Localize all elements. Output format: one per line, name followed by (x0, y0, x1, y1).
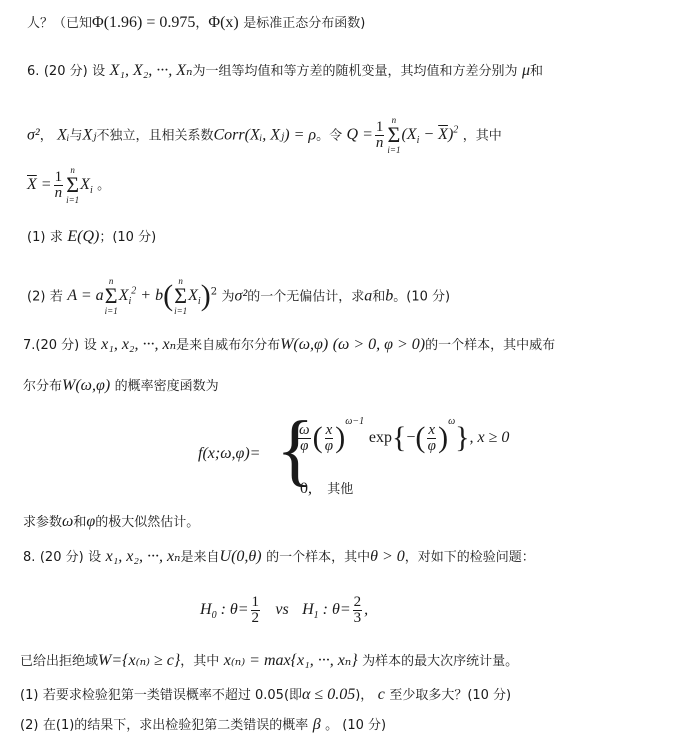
intro-prefix: 人？（已知 (27, 16, 92, 31)
weibull-pdf: f(x;ω,φ)= { ωφ(xφ)ω−1 exp{−(xφ)ω}, x ≥ 0… (198, 412, 498, 504)
q6-xbar-def: X =1nnΣi=1Xi 。 (27, 165, 110, 205)
q6-sub1: (1) 求 E(Q)；(10 分) (27, 228, 156, 247)
q6-points: (20 分) (44, 64, 88, 79)
q6-line2: σ²， Xᵢ与Xⱼ不独立，且相关系数Corr(Xᵢ, Xⱼ) = ρ。令 Q =… (27, 113, 502, 149)
q8-sub1: (1) 若要求检验犯第一类错误概率不超过 0.05(即α ≤ 0.05)， c … (20, 686, 511, 705)
q8-sub2: (2) 在(1)的结果下，求出检验犯第二类错误的概率 β 。 (10 分) (20, 716, 386, 735)
q7-number: 7. (23, 338, 35, 353)
rejection-region: 已给出拒绝域W={x₍ₙ₎ ≥ c}，其中 x₍ₙ₎ = max{x₁, ···… (20, 652, 518, 671)
intro-suffix: 是标准正态分布函数) (243, 16, 365, 31)
hypotheses: H0 : θ=12 vs H1 : θ=23, (200, 590, 368, 630)
q6-line1: 6. (20 分) 设 X₁, X₂, ···, Xₙ为一组等均值和等方差的随机… (27, 62, 543, 81)
q6-sub2: (2) 若 A = anΣi=1Xi2 + b(nΣi=1Xi)2 为σ²的一个… (27, 270, 450, 314)
q8-number: 8. (23, 550, 35, 565)
phi-x: Φ(x) (208, 14, 238, 31)
q6-number: 6. (27, 64, 39, 79)
Q-definition: Q =1nnΣi=1(Xi − X)2 (347, 127, 463, 143)
q7-line1: 7.(20 分) 设 x₁, x₂, ···, xₙ是来自威布尔分布W(ω,φ)… (23, 336, 555, 355)
phi-value: Φ(1.96) = 0.975 (92, 14, 195, 31)
q7-points: (20 分) (35, 338, 79, 353)
q7-task: 求参数ω和φ的极大似然估计。 (23, 513, 199, 532)
q6-vars: X₁, X₂, ···, Xₙ (110, 62, 193, 79)
corr-expr: Corr(Xᵢ, Xⱼ) = ρ (214, 126, 317, 143)
A-expression: A = anΣi=1Xi2 + b(nΣi=1Xi)2 (67, 288, 217, 304)
q8-points: (20 分) (40, 550, 84, 565)
q8-line1: 8. (20 分) 设 x₁, x₂, ···, xₙ是来自U(0,θ) 的一个… (23, 548, 535, 567)
q7-line2: 尔分布W(ω,φ) 的概率密度函数为 (23, 377, 219, 396)
intro-line: 人？（已知Φ(1.96) = 0.975，Φ(x) 是标准正态分布函数) (27, 14, 365, 33)
